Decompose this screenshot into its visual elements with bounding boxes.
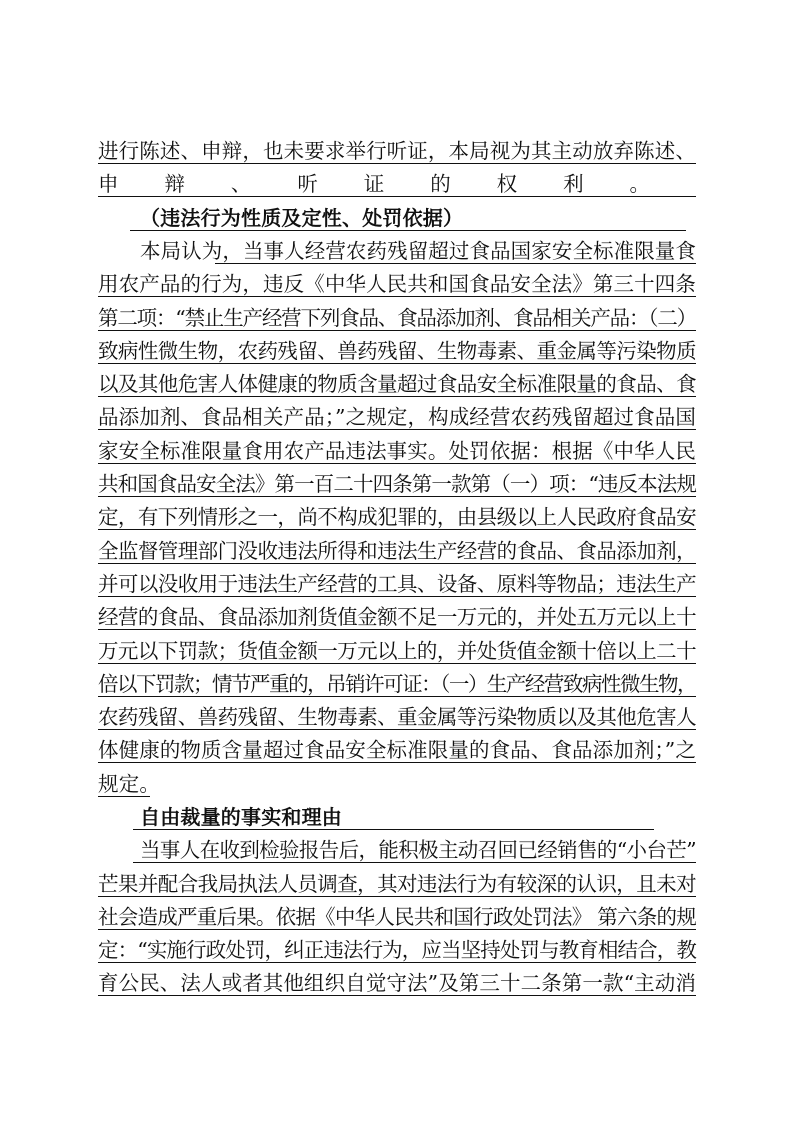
line-text: 育公民、法人或者其他组织自觉守法”及第三十二条第一款“主动消 <box>98 970 696 996</box>
text-line: 当事人在收到检验报告后，能积极主动召回已经销售的“小台芒” <box>140 837 696 870</box>
line-text: 家安全标准限量食用农产品违法事实。处罚依据：根据《中华人民 <box>98 438 696 464</box>
line-text: 万元以下罚款；货值金额一万元以上的，并处货值金额十倍以上二十 <box>98 638 696 664</box>
underline-rule <box>98 896 696 897</box>
underline-rule <box>98 330 696 331</box>
underline-rule <box>98 563 696 564</box>
text-line: 品添加剂、食品相关产品；”之规定，构成经营农药残留超过食品国 <box>98 404 696 437</box>
underline-rule <box>98 929 696 930</box>
line-text: 经营的食品、食品添加剂货值金额不足一万元的，并处五万元以上十 <box>98 604 696 630</box>
line-text: 定，有下列情形之一，尚不构成犯罪的，由县级以上人民政府食品安 <box>98 504 696 530</box>
underline-rule <box>98 496 696 497</box>
line-text: 定：“实施行政处罚，纠正违法行为，应当坚持处罚与教育相结合，教 <box>98 937 696 963</box>
underline-rule <box>130 230 686 231</box>
text-line: 并可以没收用于违法生产经营的工具、设备、原料等物品；违法生产 <box>98 571 696 604</box>
underline-rule <box>98 596 696 597</box>
line-text: 并可以没收用于违法生产经营的工具、设备、原料等物品；违法生产 <box>98 571 696 597</box>
text-line: 体健康的物质含量超过食品安全标准限量的食品、食品添加剂；”之 <box>98 737 696 770</box>
line-text: 本局认为，当事人经营农药残留超过食品国家安全标准限量食 <box>140 238 696 264</box>
text-line: 倍以下罚款；情节严重的，吊销许可证：（一）生产经营致病性微生物， <box>98 671 696 704</box>
line-text: （违法行为性质及定性、处罚依据） <box>140 205 463 231</box>
line-text: 倍以下罚款；情节严重的，吊销许可证：（一）生产经营致病性微生物， <box>98 671 696 697</box>
underline-rule <box>98 762 696 763</box>
underline-rule <box>215 263 696 264</box>
line-text: 用农产品的行为，违反《中华人民共和国食品安全法》第三十四条 <box>98 271 696 297</box>
line-text: 体健康的物质含量超过食品安全标准限量的食品、食品添加剂；”之 <box>98 737 696 763</box>
text-line: 万元以下罚款；货值金额一万元以上的，并处货值金额十倍以上二十 <box>98 638 696 671</box>
underline-rule <box>98 796 150 797</box>
underline-rule <box>98 663 696 664</box>
line-text: 进行陈述、申辩，也未要求举行听证，本局视为其主动放弃陈述、 <box>98 138 696 164</box>
underline-rule <box>133 829 654 830</box>
underline-rule <box>98 429 696 430</box>
underline-rule <box>98 529 696 530</box>
text-line: 申辩、听证的权利。 <box>98 171 696 204</box>
section-heading: （违法行为性质及定性、处罚依据） <box>140 205 463 238</box>
line-text: 规定。 <box>98 771 160 797</box>
underline-rule <box>98 163 696 164</box>
section-heading: 自由裁量的事实和理由 <box>140 804 342 837</box>
text-line: 以及其他危害人体健康的物质含量超过食品安全标准限量的食品、食 <box>98 371 696 404</box>
text-line: 本局认为，当事人经营农药残留超过食品国家安全标准限量食 <box>140 238 696 271</box>
text-line: 进行陈述、申辩，也未要求举行听证，本局视为其主动放弃陈述、 <box>98 138 696 171</box>
text-line: 共和国食品安全法》第一百二十四条第一款第（一）项：“违反本法规 <box>98 471 696 504</box>
underline-rule <box>98 463 696 464</box>
text-line: 第二项：“禁止生产经营下列食品、食品添加剂、食品相关产品：（二） <box>98 305 696 338</box>
text-line: 规定。 <box>98 771 160 804</box>
underline-rule <box>98 995 696 996</box>
text-line: 致病性微生物，农药残留、兽药残留、生物毒素、重金属等污染物质 <box>98 338 696 371</box>
line-text: 芒果并配合我局执法人员调查，其对违法行为有较深的认识，且未对 <box>98 871 696 897</box>
line-text: 致病性微生物，农药残留、兽药残留、生物毒素、重金属等污染物质 <box>98 338 696 364</box>
text-line: 全监督管理部门没收违法所得和违法生产经营的食品、食品添加剂， <box>98 538 696 571</box>
line-text: 当事人在收到检验报告后，能积极主动召回已经销售的“小台芒” <box>140 837 696 863</box>
line-text: 第二项：“禁止生产经营下列食品、食品添加剂、食品相关产品：（二） <box>98 305 696 331</box>
document-page: 进行陈述、申辩，也未要求举行听证，本局视为其主动放弃陈述、申辩、听证的权利。（违… <box>0 0 793 1122</box>
underline-rule <box>98 696 696 697</box>
text-line: 定：“实施行政处罚，纠正违法行为，应当坚持处罚与教育相结合，教 <box>98 937 696 970</box>
line-text: 社会造成严重后果。依据《中华人民共和国行政处罚法》 第六条的规 <box>98 904 696 930</box>
underline-rule <box>98 629 696 630</box>
text-line: 芒果并配合我局执法人员调查，其对违法行为有较深的认识，且未对 <box>98 871 696 904</box>
underline-rule <box>98 196 696 197</box>
underline-rule <box>133 862 696 863</box>
underline-rule <box>98 396 696 397</box>
underline-rule <box>98 962 696 963</box>
line-text: 申辩、听证的权利。 <box>98 171 696 197</box>
line-text: 品添加剂、食品相关产品；”之规定，构成经营农药残留超过食品国 <box>98 404 696 430</box>
text-line: 育公民、法人或者其他组织自觉守法”及第三十二条第一款“主动消 <box>98 970 696 1003</box>
underline-rule <box>98 363 696 364</box>
text-line: 定，有下列情形之一，尚不构成犯罪的，由县级以上人民政府食品安 <box>98 504 696 537</box>
text-line: 经营的食品、食品添加剂货值金额不足一万元的，并处五万元以上十 <box>98 604 696 637</box>
underline-rule <box>98 729 696 730</box>
line-text: 以及其他危害人体健康的物质含量超过食品安全标准限量的食品、食 <box>98 371 696 397</box>
text-line: 家安全标准限量食用农产品违法事实。处罚依据：根据《中华人民 <box>98 438 696 471</box>
underline-rule <box>98 296 696 297</box>
text-line: 农药残留、兽药残留、生物毒素、重金属等污染物质以及其他危害人 <box>98 704 696 737</box>
line-text: 共和国食品安全法》第一百二十四条第一款第（一）项：“违反本法规 <box>98 471 696 497</box>
text-line: 用农产品的行为，违反《中华人民共和国食品安全法》第三十四条 <box>98 271 696 304</box>
line-text: 全监督管理部门没收违法所得和违法生产经营的食品、食品添加剂， <box>98 538 696 564</box>
line-text: 自由裁量的事实和理由 <box>140 804 342 830</box>
text-line: 社会造成严重后果。依据《中华人民共和国行政处罚法》 第六条的规 <box>98 904 696 937</box>
line-text: 农药残留、兽药残留、生物毒素、重金属等污染物质以及其他危害人 <box>98 704 696 730</box>
